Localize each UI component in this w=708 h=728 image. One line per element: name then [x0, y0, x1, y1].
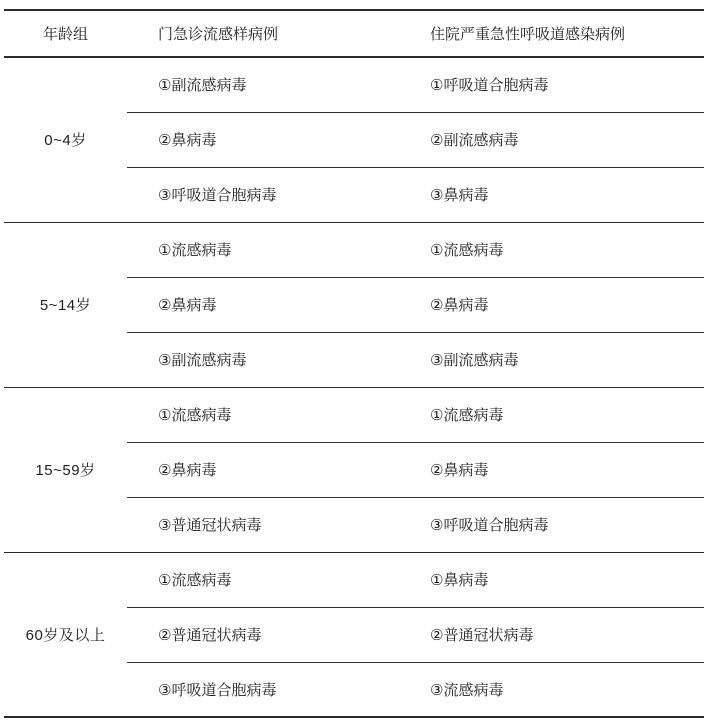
virus-ranking-table: 年龄组 门急诊流感样病例 住院严重急性呼吸道感染病例 0~4岁 ①副流感病毒 ①…	[4, 9, 704, 718]
age-group-cell: 15~59岁	[4, 387, 127, 552]
virus-item-cell: ②鼻病毒	[127, 112, 404, 167]
virus-item-cell: ②普通冠状病毒	[404, 607, 704, 662]
table-row: 0~4岁 ①副流感病毒 ①呼吸道合胞病毒	[4, 57, 704, 112]
age-group-section-15-59: 15~59岁 ①流感病毒 ①流感病毒 ②鼻病毒 ②鼻病毒 ③普通冠状病毒 ③呼吸…	[4, 387, 704, 552]
header-outpatient-ili: 门急诊流感样病例	[127, 10, 404, 57]
age-group-cell: 0~4岁	[4, 57, 127, 222]
virus-item-cell: ②鼻病毒	[404, 277, 704, 332]
virus-item-cell: ②鼻病毒	[127, 442, 404, 497]
table-header: 年龄组 门急诊流感样病例 住院严重急性呼吸道感染病例	[4, 10, 704, 57]
age-group-section-5-14: 5~14岁 ①流感病毒 ①流感病毒 ②鼻病毒 ②鼻病毒 ③副流感病毒 ③副流感病…	[4, 222, 704, 387]
virus-item-cell: ①流感病毒	[404, 387, 704, 442]
virus-item-cell: ①副流感病毒	[127, 57, 404, 112]
virus-item-cell: ②鼻病毒	[404, 442, 704, 497]
virus-item-cell: ③副流感病毒	[127, 332, 404, 387]
age-group-cell: 5~14岁	[4, 222, 127, 387]
header-row: 年龄组 门急诊流感样病例 住院严重急性呼吸道感染病例	[4, 10, 704, 57]
page: 年龄组 门急诊流感样病例 住院严重急性呼吸道感染病例 0~4岁 ①副流感病毒 ①…	[0, 0, 708, 728]
header-age-group: 年龄组	[4, 10, 127, 57]
table-row: 60岁及以上 ①流感病毒 ①鼻病毒	[4, 552, 704, 607]
virus-item-cell: ②副流感病毒	[404, 112, 704, 167]
virus-item-cell: ①呼吸道合胞病毒	[404, 57, 704, 112]
virus-item-cell: ①流感病毒	[127, 387, 404, 442]
virus-item-cell: ①流感病毒	[127, 552, 404, 607]
virus-item-cell: ③鼻病毒	[404, 167, 704, 222]
virus-item-cell: ①鼻病毒	[404, 552, 704, 607]
age-group-section-0-4: 0~4岁 ①副流感病毒 ①呼吸道合胞病毒 ②鼻病毒 ②副流感病毒 ③呼吸道合胞病…	[4, 57, 704, 222]
virus-item-cell: ③呼吸道合胞病毒	[127, 167, 404, 222]
virus-item-cell: ③副流感病毒	[404, 332, 704, 387]
virus-item-cell: ③呼吸道合胞病毒	[404, 497, 704, 552]
virus-item-cell: ②普通冠状病毒	[127, 607, 404, 662]
table-row: 15~59岁 ①流感病毒 ①流感病毒	[4, 387, 704, 442]
virus-item-cell: ①流感病毒	[127, 222, 404, 277]
virus-item-cell: ③普通冠状病毒	[127, 497, 404, 552]
table-row: 5~14岁 ①流感病毒 ①流感病毒	[4, 222, 704, 277]
header-inpatient-sari: 住院严重急性呼吸道感染病例	[404, 10, 704, 57]
age-group-section-60-plus: 60岁及以上 ①流感病毒 ①鼻病毒 ②普通冠状病毒 ②普通冠状病毒 ③呼吸道合胞…	[4, 552, 704, 717]
virus-item-cell: ③呼吸道合胞病毒	[127, 662, 404, 717]
virus-item-cell: ①流感病毒	[404, 222, 704, 277]
age-group-cell: 60岁及以上	[4, 552, 127, 717]
virus-item-cell: ②鼻病毒	[127, 277, 404, 332]
virus-item-cell: ③流感病毒	[404, 662, 704, 717]
